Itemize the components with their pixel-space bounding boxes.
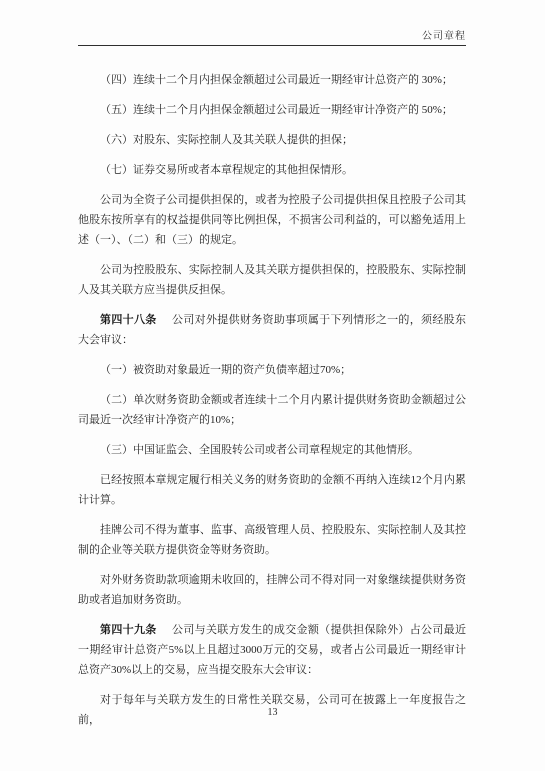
clause-item-iv: （四）连续十二个月内担保金额超过公司最近一期经审计总资产的 30%； bbox=[78, 70, 466, 90]
clause-item-vi: （六）对股东、实际控制人及其关联人提供的担保； bbox=[78, 130, 466, 150]
aid-item-ii: （二）单次财务资助金额或者连续十二个月内累计提供财务资助金额超过公司最近一次经审… bbox=[78, 390, 466, 430]
article-48-number: 第四十八条 bbox=[100, 314, 157, 326]
page-header: 公司章程 bbox=[78, 27, 466, 46]
clause-item-v: （五）连续十二个月内担保金额超过公司最近一期经审计净资产的 50%； bbox=[78, 100, 466, 120]
paragraph-prohibited-aid: 挂牌公司不得为董事、监事、高级管理人员、控股股东、实际控制人及其控制的企业等关联… bbox=[78, 520, 466, 560]
paragraph-guarantee-exemption: 公司为全资子公司提供担保的，或者为控股子公司提供担保且控股子公司其他股东按所享有… bbox=[78, 190, 466, 250]
article-49: 第四十九条公司与关联方发生的成交金额（提供担保除外）占公司最近一期经审计总资产5… bbox=[78, 620, 466, 680]
article-49-number: 第四十九条 bbox=[100, 624, 157, 636]
page-footer: 13 bbox=[0, 707, 545, 718]
aid-item-i: （一）被资助对象最近一期的资产负债率超过70%； bbox=[78, 360, 466, 380]
page-number: 13 bbox=[268, 707, 278, 718]
document-page: 公司章程 （四）连续十二个月内担保金额超过公司最近一期经审计总资产的 30%； … bbox=[0, 0, 545, 771]
header-title: 公司章程 bbox=[422, 31, 466, 42]
paragraph-cumulative-calculation: 已经按照本章规定履行相关义务的财务资助的金额不再纳入连续12个月内累计计算。 bbox=[78, 470, 466, 510]
aid-item-iii: （三）中国证监会、全国股转公司或者公司章程规定的其他情形。 bbox=[78, 440, 466, 460]
article-48: 第四十八条公司对外提供财务资助事项属于下列情形之一的，须经股东大会审议： bbox=[78, 310, 466, 350]
document-content: （四）连续十二个月内担保金额超过公司最近一期经审计总资产的 30%； （五）连续… bbox=[78, 70, 466, 730]
paragraph-counter-guarantee: 公司为控股股东、实际控制人及其关联方提供担保的，控股股东、实际控制人及其关联方应… bbox=[78, 260, 466, 300]
paragraph-overdue-aid: 对外财务资助款项逾期未收回的，挂牌公司不得对同一对象继续提供财务资助或者追加财务… bbox=[78, 570, 466, 610]
clause-item-vii: （七）证券交易所或者本章程规定的其他担保情形。 bbox=[78, 160, 466, 180]
